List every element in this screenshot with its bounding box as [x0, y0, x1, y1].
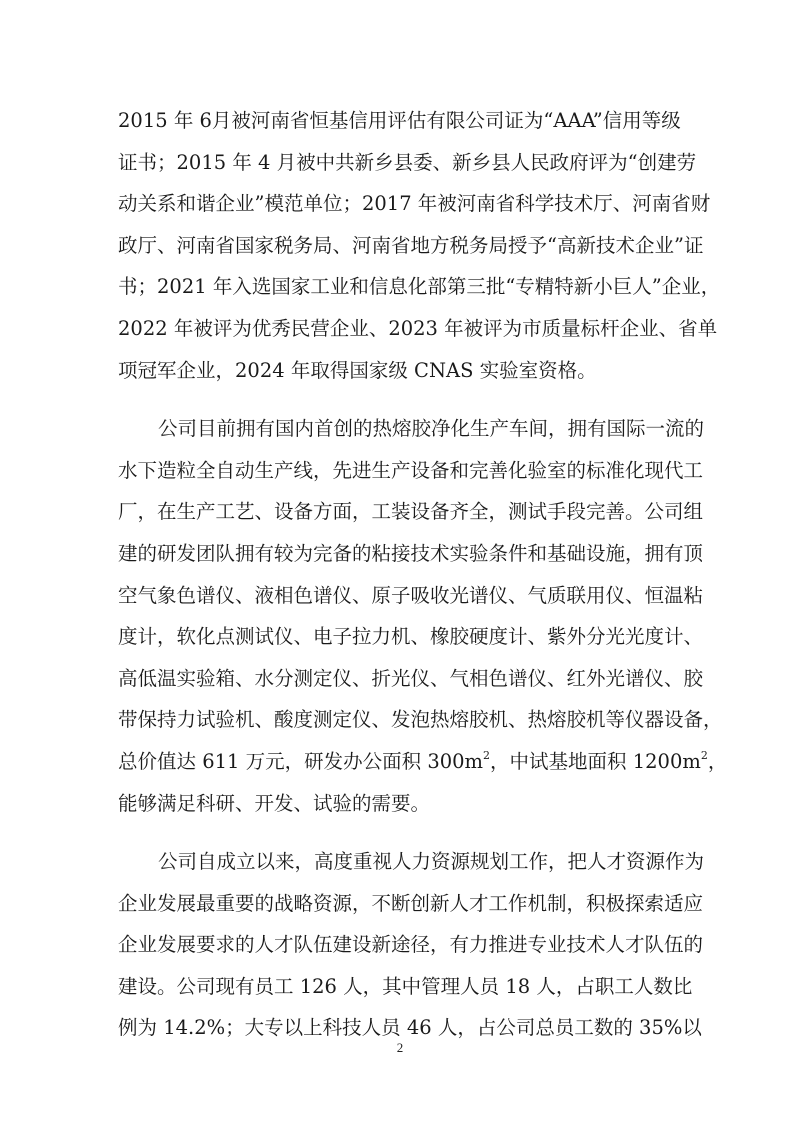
- text-line: 建的研发团队拥有较为完备的粘接技术实验条件和基础设施，拥有顶: [118, 533, 679, 575]
- text-line: 项冠军企业，2024 年取得国家级 CNAS 实验室资格。: [118, 350, 679, 392]
- text-line: 高低温实验箱、水分测定仪、折光仪、气相色谱仪、红外光谱仪、胶: [118, 658, 679, 700]
- text-line: 书；2021 年入选国家工业和信息化部第三批“专精特新小巨人”企业，: [118, 266, 679, 308]
- text-line: 空气象色谱仪、液相色谱仪、原子吸收光谱仪、气质联用仪、恒温粘: [118, 575, 679, 617]
- text-line: 建设。公司现有员工 126 人，其中管理人员 18 人，占职工人数比: [118, 966, 679, 1008]
- text-line: 2015 年 6月被河南省恒基信用评估有限公司证为“AAA”信用等级: [118, 100, 679, 142]
- paragraph-personnel: 公司自成立以来，高度重视人力资源规划工作，把人才资源作为 企业发展最重要的战略资…: [118, 841, 679, 1049]
- page-number: 2: [0, 1040, 800, 1056]
- text-line: 带保持力试验机、酸度测定仪、发泡热熔胶机、热熔胶机等仪器设备，: [118, 699, 679, 741]
- superscript: 2: [701, 749, 708, 762]
- text-line: 2022 年被评为优秀民营企业、2023 年被评为市质量标杆企业、省单: [118, 308, 679, 350]
- text-line: 公司自成立以来，高度重视人力资源规划工作，把人才资源作为: [118, 841, 679, 883]
- text-line-area: 总价值达 611 万元，研发办公面积 300m2，中试基地面积 1200m2，: [118, 741, 679, 783]
- text-line: 企业发展最重要的战略资源，不断创新人才工作机制，积极探索适应: [118, 883, 679, 925]
- text-line: 水下造粒全自动生产线，先进生产设备和完善化验室的标准化现代工: [118, 450, 679, 492]
- text-line: 企业发展要求的人才队伍建设新途径，有力推进专业技术人才队伍的: [118, 924, 679, 966]
- text-line: 证书；2015 年 4 月被中共新乡县委、新乡县人民政府评为“创建劳: [118, 142, 679, 184]
- paragraph-honors: 2015 年 6月被河南省恒基信用评估有限公司证为“AAA”信用等级 证书；20…: [118, 100, 679, 391]
- text-line: 政厅、河南省国家税务局、河南省地方税务局授予“高新技术企业”证: [118, 225, 679, 267]
- text-line: 能够满足科研、开发、试验的需要。: [118, 783, 679, 825]
- superscript: 2: [483, 749, 490, 762]
- text-line: 动关系和谐企业”模范单位；2017 年被河南省科学技术厅、河南省财: [118, 183, 679, 225]
- text-line: 公司目前拥有国内首创的热熔胶净化生产车间，拥有国际一流的: [118, 408, 679, 450]
- document-page: 2015 年 6月被河南省恒基信用评估有限公司证为“AAA”信用等级 证书；20…: [0, 0, 800, 1131]
- paragraph-facilities: 公司目前拥有国内首创的热熔胶净化生产车间，拥有国际一流的 水下造粒全自动生产线，…: [118, 408, 679, 824]
- text-line: 度计，软化点测试仪、电子拉力机、橡胶硬度计、紫外分光光度计、: [118, 616, 679, 658]
- body-text: 2015 年 6月被河南省恒基信用评估有限公司证为“AAA”信用等级 证书；20…: [118, 100, 679, 1049]
- text-line: 厂，在生产工艺、设备方面，工装设备齐全，测试手段完善。公司组: [118, 491, 679, 533]
